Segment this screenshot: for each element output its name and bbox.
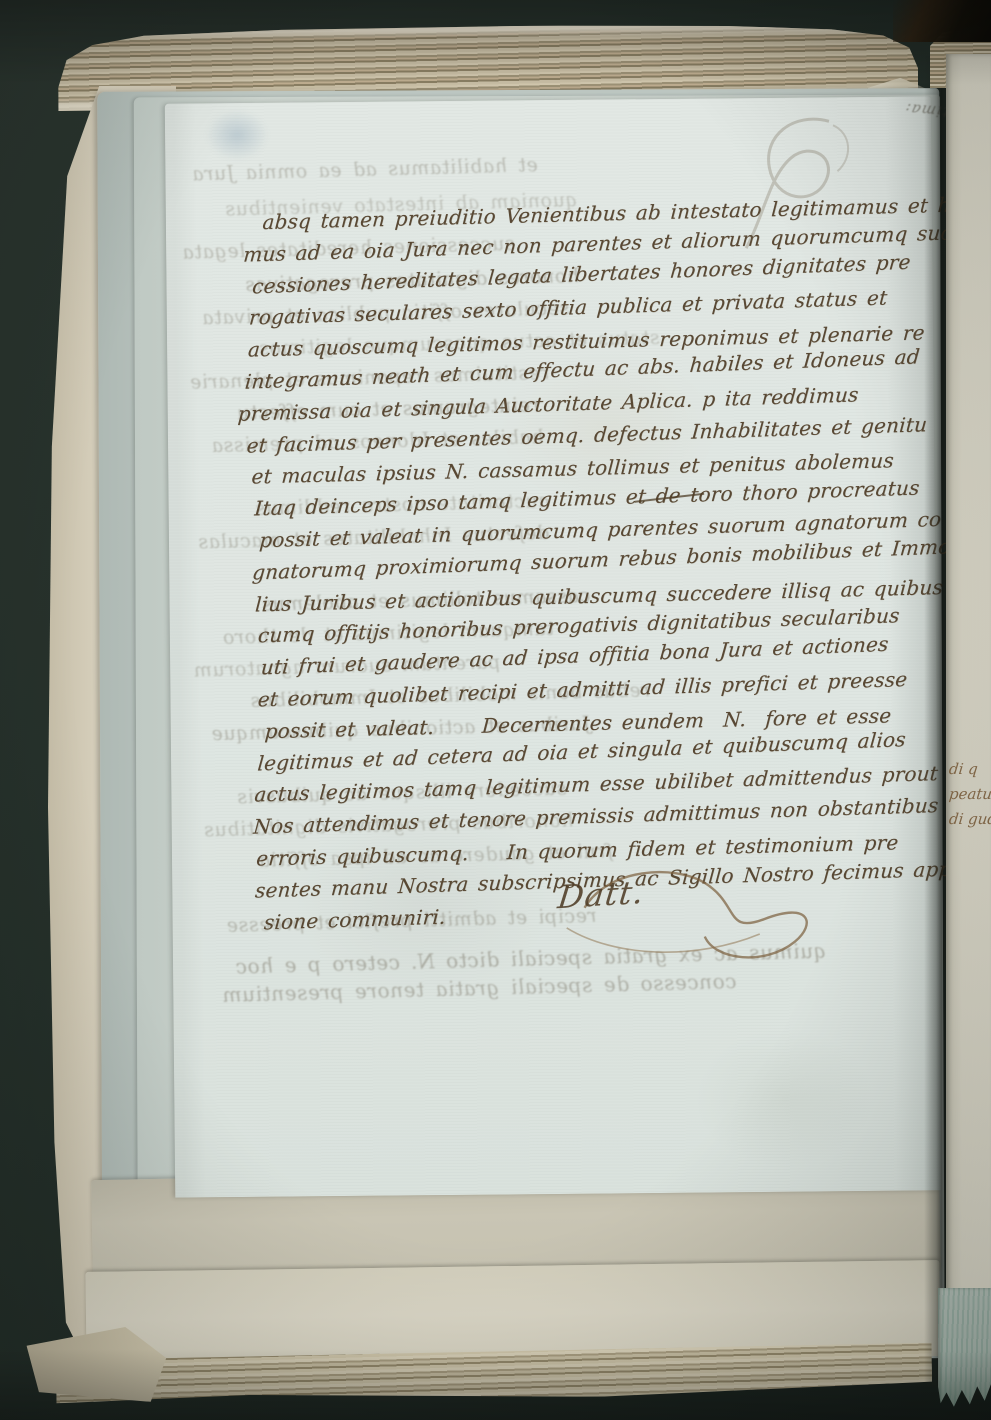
binding-cloth [938,1288,991,1408]
manuscript-line: sione communiri. [263,904,446,934]
facing-text-fragment: di gud [948,810,991,828]
manuscript-photo: et habilitamus ad ea omnia Jura quoniam … [0,0,991,1420]
datum-mark-group: Datt. [554,863,835,976]
datum-text: Datt. [556,873,647,916]
bleed-initial-flourish [733,105,874,256]
facing-page: di q peatur di gud [946,54,991,1366]
manuscript-page: et habilitamus ad ea omnia Jura quoniam … [165,96,941,1197]
ink-text-layer: absq tamen preiuditio Venientibus ab int… [155,90,951,1205]
binding-shadow-corner [893,0,991,42]
facing-text-fragment: di q [948,760,979,778]
facing-text-fragment: peatur [948,785,991,803]
